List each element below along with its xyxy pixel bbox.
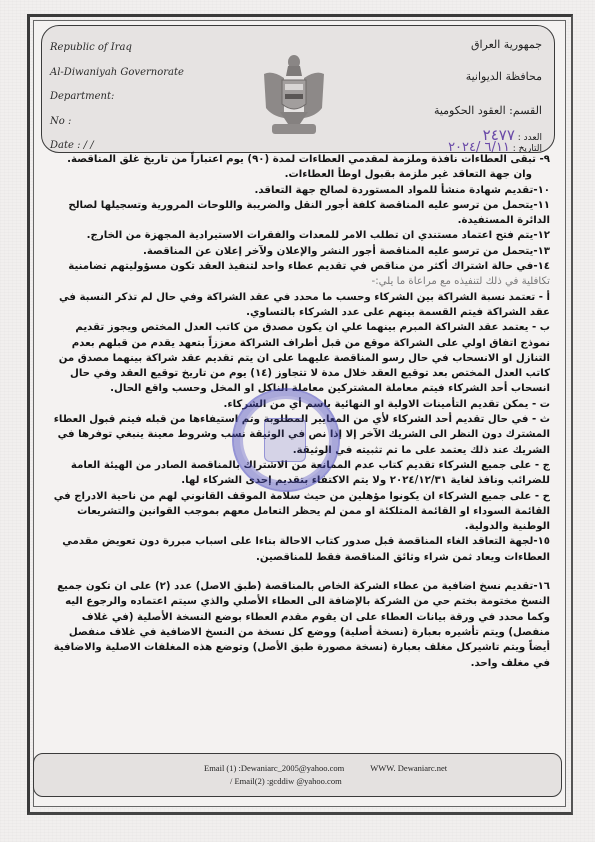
- footer-row-1: Email (1) :Dewaniarc_2005@yahoo.comWWW. …: [204, 763, 447, 773]
- country-ar: جمهورية العراق: [471, 38, 542, 51]
- clause-16: ١٦-تقديم نسخ اضافية من عطاء الشركة الخاص…: [45, 579, 550, 671]
- country-en: Republic of Iraq: [50, 36, 184, 61]
- letterhead-arabic: جمهورية العراق محافظة الديوانية القسم: ا…: [342, 34, 542, 152]
- clause-14-th: ث - في حال تقديم أحد الشركاء لأي من المع…: [45, 412, 550, 458]
- clause-14-j: ج - على جميع الشركاء تقديم كتاب عدم المم…: [45, 458, 550, 489]
- clause-14-a: أ - تعتمد نسبة الشراكة بين الشركاء وحسب …: [45, 290, 550, 321]
- number-en: No :: [50, 110, 184, 135]
- clause-13: ١٣-يتحمل من ترسو عليه المناقصة أجور النش…: [45, 244, 550, 259]
- clause-14-t: ت - يمكن تقديم التأمينات الاولية او النه…: [45, 397, 550, 412]
- clause-15: ١٥-لجهة التعاقد الغاء المناقصة قبل صدور …: [45, 534, 550, 565]
- clause-10: ١٠-تقديم شهادة منشأ للمواد المستوردة لصا…: [45, 183, 550, 198]
- eagle-emblem-icon: [258, 52, 330, 142]
- governorate-en: Al-Diwaniyah Governorate: [50, 61, 184, 86]
- clause-12: ١٢-يتم فتح اعتماد مستندي ان تطلب الامر ل…: [45, 228, 550, 243]
- clause-9: ٩- تبقى العطاءات نافذة وملزمة لمقدمي الع…: [45, 152, 550, 167]
- clause-14: ١٤-في حالة اشتراك أكثر من مناقص في تقديم…: [45, 259, 550, 274]
- clause-14-cont: تكافلية في ذلك لتنفيذه مع مراعاة ما يلي:…: [45, 274, 550, 289]
- governorate-ar: محافظة الديوانية: [466, 70, 542, 83]
- clause-14-b: ب - يعتمد عقد الشراكة المبرم بينهما علي …: [45, 320, 550, 396]
- letterhead-english: Republic of Iraq Al-Diwaniyah Governorat…: [50, 36, 184, 153]
- clause-11: ١١-يتحمل من ترسو عليه المناقصة كلفة أجور…: [45, 198, 550, 229]
- clause-14-h: ح - على جميع الشركاء ان يكونوا مؤهلين من…: [45, 489, 550, 535]
- footer-email-2: / Email(2) :gcddiw @yahoo.com: [230, 776, 342, 786]
- footer-email-1: Email (1) :Dewaniarc_2005@yahoo.com: [204, 763, 344, 773]
- document-body: ٩- تبقى العطاءات نافذة وملزمة لمقدمي الع…: [45, 152, 550, 671]
- clause-9-cont: وان جهة التعاقد غير ملزمة بقبول اوطأ الع…: [45, 167, 550, 182]
- department-en: Department:: [50, 85, 184, 110]
- letterhead-footer: Email (1) :Dewaniarc_2005@yahoo.comWWW. …: [33, 753, 562, 797]
- footer-website: WWW. Dewaniarc.net: [370, 763, 447, 773]
- date-en: Date : / /: [50, 134, 184, 153]
- department-ar: القسم: العقود الحكومية: [434, 104, 542, 117]
- spacer: [45, 565, 550, 579]
